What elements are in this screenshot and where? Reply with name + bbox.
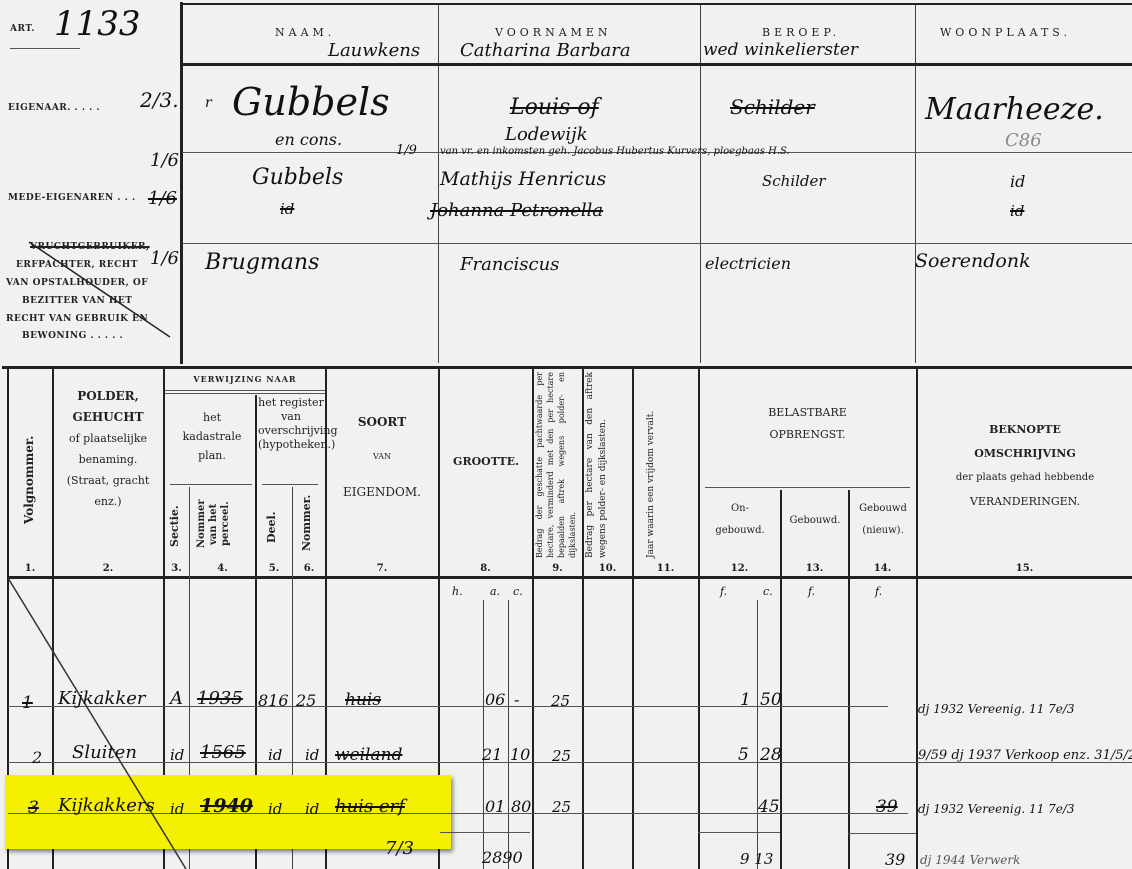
owner-voornamen: Mathijs Henricus [440,168,606,190]
mede-share-2: 1/6 [148,188,177,209]
verwijzing-rule [165,390,325,391]
parcel-nr: 3 [28,798,39,818]
owner-naam: Lauwkens [328,40,420,61]
parcel-polder: Kijkakker [58,688,146,709]
parcel-a: 06 [485,690,505,709]
colnum-13: 13. [781,563,848,574]
colnum-5: 5. [256,563,292,574]
header-ongebouwd: On- gebouwd. [700,498,780,542]
header-naam: NAAM. [275,26,335,39]
owner-beroep: wed winkelierster [703,40,858,60]
totals-marker: 7/3 [385,838,414,859]
parcel-sectie: id [170,800,184,818]
parcel-perceel: 1565 [200,742,246,763]
owner-woonplaats: Maarheeze. [925,92,1104,127]
parcel-deel: id [268,800,282,818]
colnum-9: 9. [533,563,582,574]
header-ongebouwd-line: gebouwd. [700,520,780,542]
mede-share-1: 1/6 [150,150,179,171]
header-nieuw-line: Gebouwd [850,498,916,520]
header-gebouwd: Gebouwd. [782,515,848,526]
header-belastbare: BELASTBARE OPBRENGST. [700,402,915,446]
owner-beroep: Schilder [730,95,815,119]
parcel-perceel: 1940 [200,795,253,817]
stamp-number: C86 [1005,130,1042,151]
header-nommer-perceel: Nommer van het perceel. [196,490,250,558]
header-woonplaats: WOONPLAATS. [940,26,1071,39]
row-cancel-diagonal-icon [8,578,188,869]
parcel-ong-f: 5 [738,745,749,765]
eigenaar-share: 2/3. [140,88,179,112]
label-eigenaar: EIGENAAR. . . . . [8,103,100,113]
parcel-nr: 1 [22,693,33,713]
header-omschrijving-line: OMSCHRIJVING [918,442,1132,466]
col-divider-10 [632,368,634,869]
header-gebouwd-nieuw: Gebouwd (nieuw). [850,498,916,542]
unit-a: a. [490,585,500,598]
parcel-ong-c: 28 [760,745,782,765]
parcel-verandering: 9/59 dj 1937 Verkoop enz. 31/5/2 [918,748,1132,763]
label-mede-eigenaren: MEDE-EIGENAREN . . . [8,193,136,203]
unit-h: h. [452,585,463,598]
parcel-soort: huis erf [335,796,405,817]
header-soort-line: SOORT [327,414,437,430]
colnum-11: 11. [633,563,698,574]
parcel-deel: id [268,746,282,764]
colnum-2: 2. [54,563,162,574]
header-sectie: Sectie. [168,495,181,557]
subtotal-rule-ong [698,832,780,833]
header-polder-line: (Straat, gracht [55,470,161,491]
header-soort: SOORT VAN EIGENDOM. [327,414,437,499]
parcel-ong-c: 50 [760,690,782,710]
owner-voornamen: Johanna Petronella [430,200,603,221]
header-polder-line: POLDER, [55,386,161,407]
owner-grid-top-border [182,3,1132,5]
header-soort-line: VAN [327,452,437,461]
article-number: 1133 [54,4,141,44]
parcel-col9: 25 [552,747,571,765]
owner-beroep: Schilder [762,172,826,190]
verwijzing-rule-2 [165,393,325,394]
header-polder: POLDER, GEHUCHT of plaatselijke benaming… [55,386,161,512]
owner-header-rule [182,63,1132,66]
owner-col-divider-2 [700,5,701,363]
parcel-soort: huis [345,690,381,710]
register-sub-rule [262,484,318,485]
header-omschrijving-line: VERANDERINGEN. [918,490,1132,514]
owner-naam: Gubbels [252,165,343,190]
owner-voornamen: Franciscus [460,254,559,275]
owner-naam: Brugmans [205,250,319,275]
parcel-perceel: 1935 [197,688,243,709]
parcel-nommer: id [305,800,319,818]
header-col11: Jaar waarin een vrijdom vervalt. [644,372,686,558]
colnum-6: 6. [293,563,325,574]
owner-beroep: electricien [705,254,791,273]
parcel-col9: 25 [552,798,571,816]
owner-voornamen: Louis of [510,95,599,120]
parcel-nieuw: 39 [876,797,898,817]
parcel-c: 10 [510,745,530,764]
header-verwijzing: VERWIJZING NAAR [165,374,325,384]
table-top-border [2,366,1132,369]
header-ongebouwd-line: On- [700,498,780,520]
header-polder-line: benaming. [55,449,161,470]
colnum-12: 12. [699,563,780,574]
header-omschrijving: BEKNOPTE OMSCHRIJVING der plaats gehad h… [918,418,1132,514]
owner-woonplaats: Soerendonk [915,250,1031,272]
strike-diagonal-icon [25,240,175,340]
header-register: het register van overschrijving (hypothe… [258,396,324,452]
owner-woonplaats: id [1010,172,1025,191]
colnum-4: 4. [190,563,255,574]
header-grootte: GROOTTE. [440,455,532,468]
parcel-deel: 816 [258,691,289,710]
cons-marker: r [205,95,212,111]
parcel-col9: 25 [551,692,570,710]
parcel-ong-f: 1 [740,690,751,710]
parcel-verandering: dj 1932 Vereenig. 11 7e/3 [918,702,1075,716]
header-voornamen: VOORNAMEN [495,26,612,39]
plan-sub-rule [170,484,252,485]
owner-voornamen: Lodewijk [505,124,588,145]
parcel-a: 21 [482,745,502,764]
subtotal-rule-grootte [440,832,530,833]
parcel-a: 01 [485,797,505,816]
colnum-7: 7. [326,563,438,574]
article-underline [10,48,80,49]
parcel-verandering: dj 1932 Vereenig. 11 7e/3 [918,802,1075,816]
unit-12-c: c. [763,585,773,598]
header-omschrijving-line: der plaats gehad hebbende [918,466,1132,490]
subtotal-rule-nieuw [848,833,916,834]
owner-woonplaats: id [1010,202,1024,220]
unit-c: c. [513,585,523,598]
parcel-ong-c: 45 [758,797,780,817]
header-deel: Deel. [265,500,278,555]
unit-12-f: f. [720,585,727,598]
unit-13-f: f. [808,585,815,598]
colnum-1: 1. [8,563,52,574]
header-omschrijving-line: BEKNOPTE [918,418,1132,442]
colnum-14: 14. [849,563,916,574]
parcel-c: 80 [511,797,531,816]
header-kadastrale-plan: het kadastrale plan. [172,408,252,465]
parcel-nommer: 25 [296,691,316,710]
header-beroep: BEROEP. [762,26,840,39]
parcel-sectie: id [170,746,184,764]
header-polder-line: enz.) [55,491,161,512]
parcel-sectie: A [170,688,183,709]
parcel-soort: weiland [335,745,402,765]
totals-verandering: dj 1944 Verwerk [920,853,1020,867]
opbrengst-sub-rule [705,487,910,488]
owner-note: van vr. en inkomsten geh. Jacobus Hubert… [440,146,790,157]
totals-ongebouwd: 9 13 [740,850,773,868]
parcel-polder: Kijkakkers [58,795,155,816]
header-nieuw-line: (nieuw). [850,520,916,542]
owner-naam: en cons. [275,130,342,149]
totals-grootte: 2890 [482,848,523,867]
owner-naam: id [280,200,294,218]
note-prefix: 1/9 [396,143,417,158]
owner-naam: Gubbels [232,80,390,124]
owner-grid-left-border [180,2,183,364]
parcel-polder: Sluiten [72,742,137,763]
parcel-nommer: id [305,746,319,764]
colnum-8: 8. [439,563,532,574]
header-soort-line: EIGENDOM. [327,485,437,499]
colnum-10: 10. [583,563,632,574]
header-col9: Bedrag der geschatte pachtwaarde per hec… [534,372,580,558]
colnum-15: 15. [917,563,1132,574]
header-polder-line: of plaatselijke [55,428,161,449]
totals-nieuw: 39 [885,850,905,869]
owner-row-rule-2 [182,243,1132,244]
header-nommer: Nommer. [300,490,313,556]
header-col10: Bedrag per hectare van den aftrek wegens… [584,372,630,558]
grootte-sub-c [508,600,509,869]
parcel-nr: 2 [32,748,42,767]
owner-voornamen: Catharina Barbara [460,40,631,61]
owner-col-divider-3 [915,5,916,363]
article-label: ART. [10,24,35,34]
grootte-sub-a [483,600,484,869]
parcel-c: - [514,690,519,709]
header-polder-line: GEHUCHT [55,407,161,428]
colnum-3: 3. [164,563,189,574]
owner-col-divider-1 [438,5,439,363]
unit-14-f: f. [875,585,882,598]
ong-sub-c [757,600,758,869]
header-volgnommer: Volgnommer. [22,400,36,560]
